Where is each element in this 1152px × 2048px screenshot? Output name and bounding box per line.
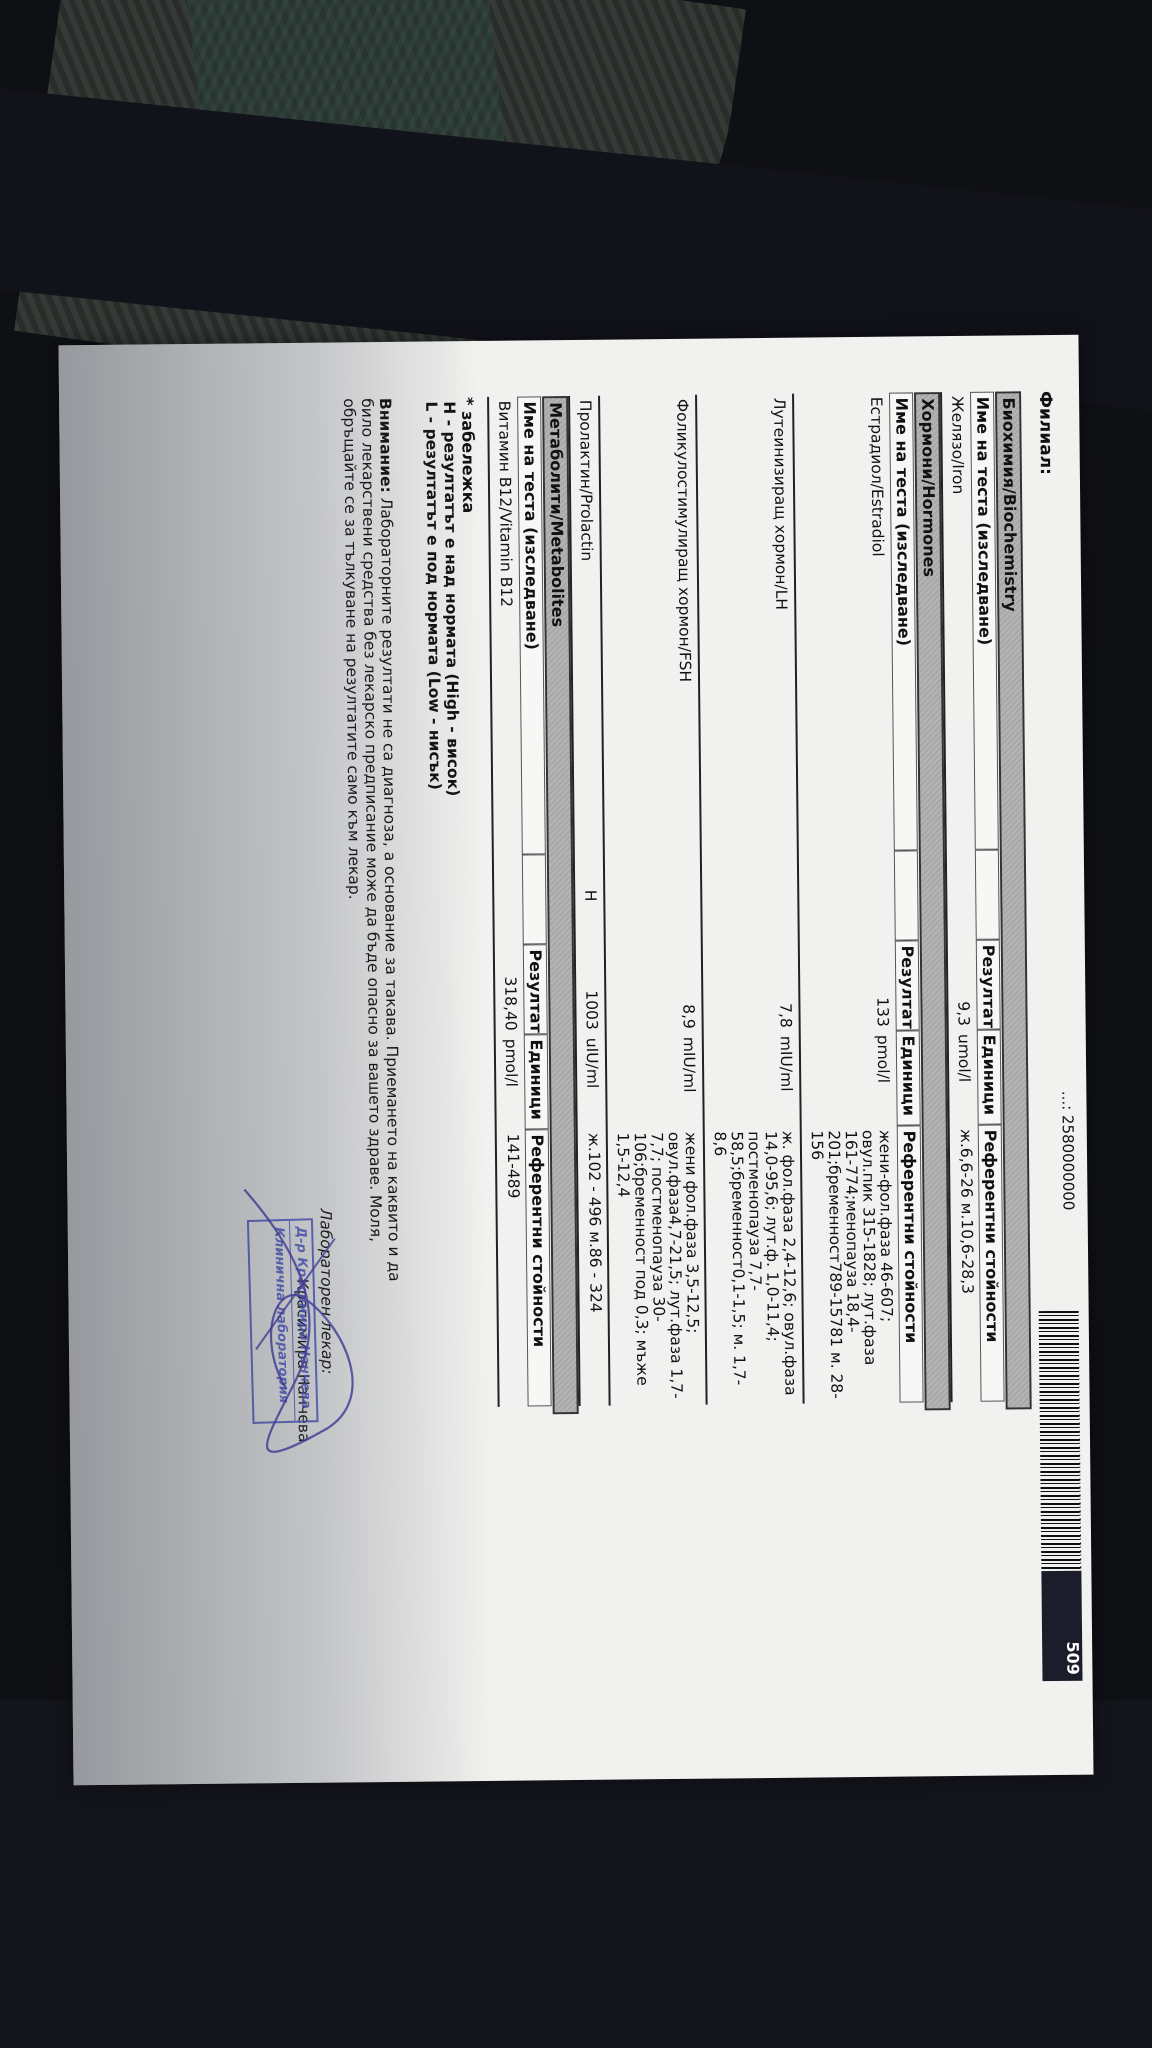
record-id: ...: 2580000000: [1058, 1091, 1077, 1211]
page-content: Филиал: ...: 2580000000 509 Биохимия/Bio…: [176, 391, 1083, 1744]
table-row: Естрадиол/Estradiol 133 pmol/l жени-фол.…: [792, 393, 900, 1404]
column-result: Резултат: [895, 940, 920, 1030]
disclaimer-text: Лабораторните резултати не са диагноза, …: [340, 398, 403, 1282]
test-name: Лутеинизиращ хормон/LH: [703, 394, 793, 853]
column-units: Единици: [896, 1030, 921, 1125]
result-value: 1003: [582, 944, 601, 1034]
table-row: Лутеинизиращ хормон/LH 7,8 mIU/ml ж. фол…: [695, 394, 803, 1405]
test-name: Естрадиол/Estradiol: [800, 393, 890, 852]
column-test-name: Име на теста (изследване): [889, 392, 918, 850]
result-value: 318,40: [501, 945, 520, 1035]
test-name: Фоликулостимулиращ хормон/FSH: [606, 395, 696, 854]
column-flag: [975, 850, 1000, 940]
column-flag: [894, 850, 919, 940]
result-unit: mIU/ml: [710, 1032, 796, 1128]
result-value: 8,9: [612, 943, 698, 1034]
column-flag: [522, 854, 547, 944]
result-unit: pmol/l: [807, 1031, 893, 1127]
section-metabolites: Метаболити/Metabolites Име на теста (изс…: [487, 396, 582, 1741]
test-name: Желязо/Iron: [948, 392, 971, 850]
disclaimer-label: Внимание:: [376, 398, 395, 493]
column-reference: Референтни стойности: [525, 1129, 552, 1406]
lab-report-page: Филиал: ...: 2580000000 509 Биохимия/Bio…: [58, 335, 1093, 1786]
result-value: 7,8: [709, 942, 795, 1033]
result-unit: mIU/ml: [613, 1033, 699, 1129]
reference-range: жени-фол.фаза 46-607; овул.пик 315-1828;…: [808, 1126, 896, 1404]
column-result: Резултат: [523, 944, 548, 1034]
test-name: Пролактин/Prolactin: [576, 396, 599, 854]
reference-range: 141-489: [503, 1130, 524, 1407]
column-units: Единици: [524, 1034, 549, 1129]
doctor-block: Лабораторен лекар: Красимира Нанчева Д-р…: [292, 1159, 338, 1519]
signature-area: Лабораторен лекар: Красимира Нанчева Д-р…: [176, 399, 340, 1744]
result-unit: pmol/l: [502, 1035, 521, 1130]
reference-range: ж.102 - 496 м.86 - 324: [584, 1129, 605, 1406]
signature-icon: [224, 1178, 367, 1499]
result-flag: [805, 851, 891, 942]
column-units: Единици: [977, 1030, 1002, 1125]
reference-range: ж.6,6-26 м.10,6-28,3: [956, 1125, 977, 1402]
column-reference: Референтни стойности: [897, 1125, 924, 1402]
result-unit: umol/l: [955, 1030, 974, 1125]
test-name: Витамин B12/Vitamin B12: [495, 397, 518, 855]
reference-range: жени фол.фаза 3,5-12,5; овул.фаза4,7-21,…: [614, 1128, 702, 1406]
reference-range: ж. фол.фаза 2,4-12,6; овул.фаза 14,0-95,…: [711, 1127, 799, 1405]
barcode-icon: [1039, 1311, 1082, 1571]
branch-label: Филиал:: [1035, 391, 1056, 475]
result-flag-high: H: [581, 854, 600, 944]
table-row: Фоликулостимулиращ хормон/FSH 8,9 mIU/ml…: [598, 395, 706, 1406]
section-hormones: Хормони/Hormones Име на теста (изследван…: [568, 392, 954, 1740]
result-unit: uIU/ml: [583, 1034, 602, 1129]
column-test-name: Име на теста (изследване): [970, 392, 999, 850]
sample-number-badge: 509: [1041, 1571, 1082, 1681]
result-flag: [500, 855, 519, 945]
result-flag: [611, 853, 697, 944]
result-flag: [953, 850, 972, 940]
footnote: * забележка H - резултатът е над нормата…: [422, 397, 491, 1742]
column-test-name: Име на теста (изследване): [517, 396, 546, 854]
column-result: Резултат: [976, 940, 1001, 1030]
column-reference: Референтни стойности: [978, 1125, 1005, 1402]
result-flag: [708, 852, 794, 943]
section-biochemistry: Биохимия/Biochemistry Име на теста (изсл…: [940, 391, 1035, 1736]
result-value: 133: [806, 941, 892, 1032]
result-value: 9,3: [954, 940, 973, 1030]
